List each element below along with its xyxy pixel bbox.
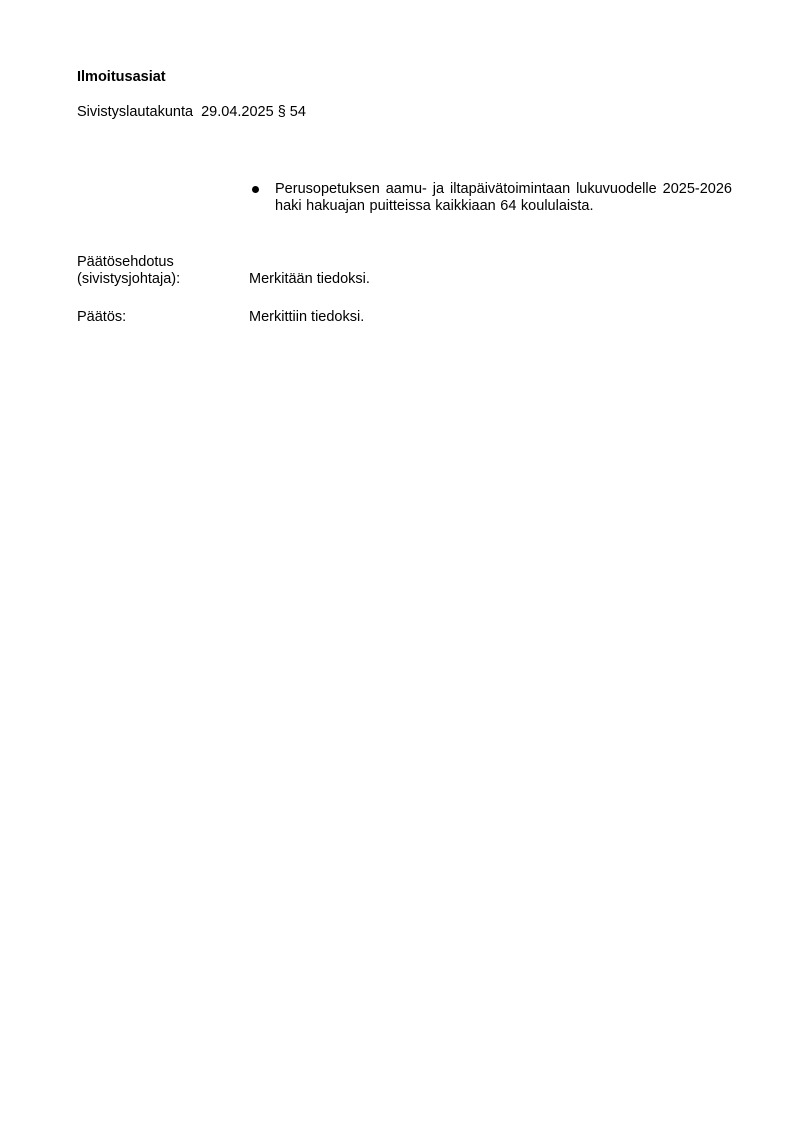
document-page: Ilmoitusasiat Sivistyslautakunta 29.04.2…	[0, 0, 794, 1122]
bullet-dot-icon	[252, 186, 259, 193]
meeting-reference: Sivistyslautakunta 29.04.2025 § 54	[77, 104, 306, 121]
proposal-label: Päätösehdotus (sivistysjohtaja):	[77, 254, 249, 288]
proposal-label-line1: Päätösehdotus	[77, 254, 249, 271]
decision-label: Päätös:	[77, 309, 249, 326]
decision-row: Päätös: Merkittiin tiedoksi.	[77, 309, 737, 326]
proposal-value: Merkitään tiedoksi.	[249, 271, 370, 288]
notice-list: Perusopetuksen aamu- ja iltapäivätoimint…	[249, 181, 732, 215]
document-title: Ilmoitusasiat	[77, 69, 166, 86]
list-item: Perusopetuksen aamu- ja iltapäivätoimint…	[249, 181, 732, 215]
notice-text: Perusopetuksen aamu- ja iltapäivätoimint…	[275, 181, 732, 214]
proposal-label-line2: (sivistysjohtaja):	[77, 271, 249, 288]
proposal-row: Päätösehdotus (sivistysjohtaja): Merkitä…	[77, 254, 737, 288]
decision-value: Merkittiin tiedoksi.	[249, 309, 364, 326]
